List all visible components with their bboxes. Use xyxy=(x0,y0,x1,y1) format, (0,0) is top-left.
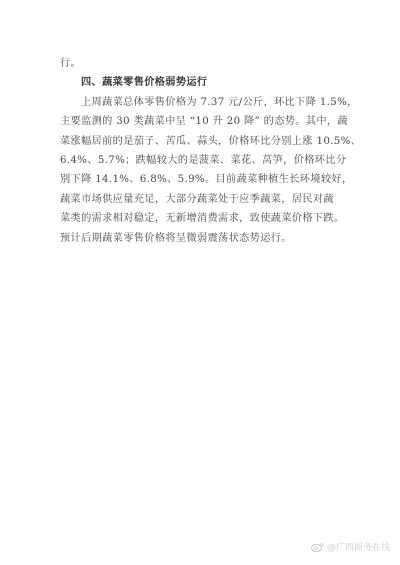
paragraph-line: 菜涨幅居前的是茄子、苦瓜、蒜头，价格环比分别上涨 10.5%、 xyxy=(60,132,342,151)
document-content: 行。 四、蔬菜零售价格弱势运行 上周蔬菜总体零售价格为 7.37 元/公斤，环比… xyxy=(60,54,342,248)
paragraph-line: 蔬菜市场供应量充足，大部分蔬菜处于应季蔬菜，居民对蔬 xyxy=(60,190,342,209)
paragraph-line: 菜类的需求相对稳定，无新增消费需求，致使蔬菜价格下跌。 xyxy=(60,209,342,228)
section-heading: 四、蔬菜零售价格弱势运行 xyxy=(60,73,342,92)
paragraph-line: 主要监测的 30 类蔬菜中呈 “10 升 20 降” 的态势。其中，蔬 xyxy=(60,112,342,131)
watermark: @广西商务在线 xyxy=(311,540,390,553)
section-paragraph: 上周蔬菜总体零售价格为 7.37 元/公斤，环比下降 1.5%， 主要监测的 3… xyxy=(60,93,342,248)
paragraph-line: 6.4%、5.7%；跌幅较大的是菠菜、菜花、莴笋，价格环比分 xyxy=(60,151,342,170)
watermark-text: @广西商务在线 xyxy=(327,540,390,553)
paragraph-line: 上周蔬菜总体零售价格为 7.37 元/公斤，环比下降 1.5%， xyxy=(60,93,342,112)
paragraph-line: 预计后期蔬菜零售价格将呈微弱震荡状态势运行。 xyxy=(60,229,342,248)
continuation-text: 行。 xyxy=(60,54,342,73)
weibo-icon xyxy=(311,542,324,552)
document-page: 行。 四、蔬菜零售价格弱势运行 上周蔬菜总体零售价格为 7.37 元/公斤，环比… xyxy=(0,0,400,565)
paragraph-line: 别下降 14.1%、6.8%、5.9%。目前蔬菜种植生长环境较好， xyxy=(60,170,342,189)
